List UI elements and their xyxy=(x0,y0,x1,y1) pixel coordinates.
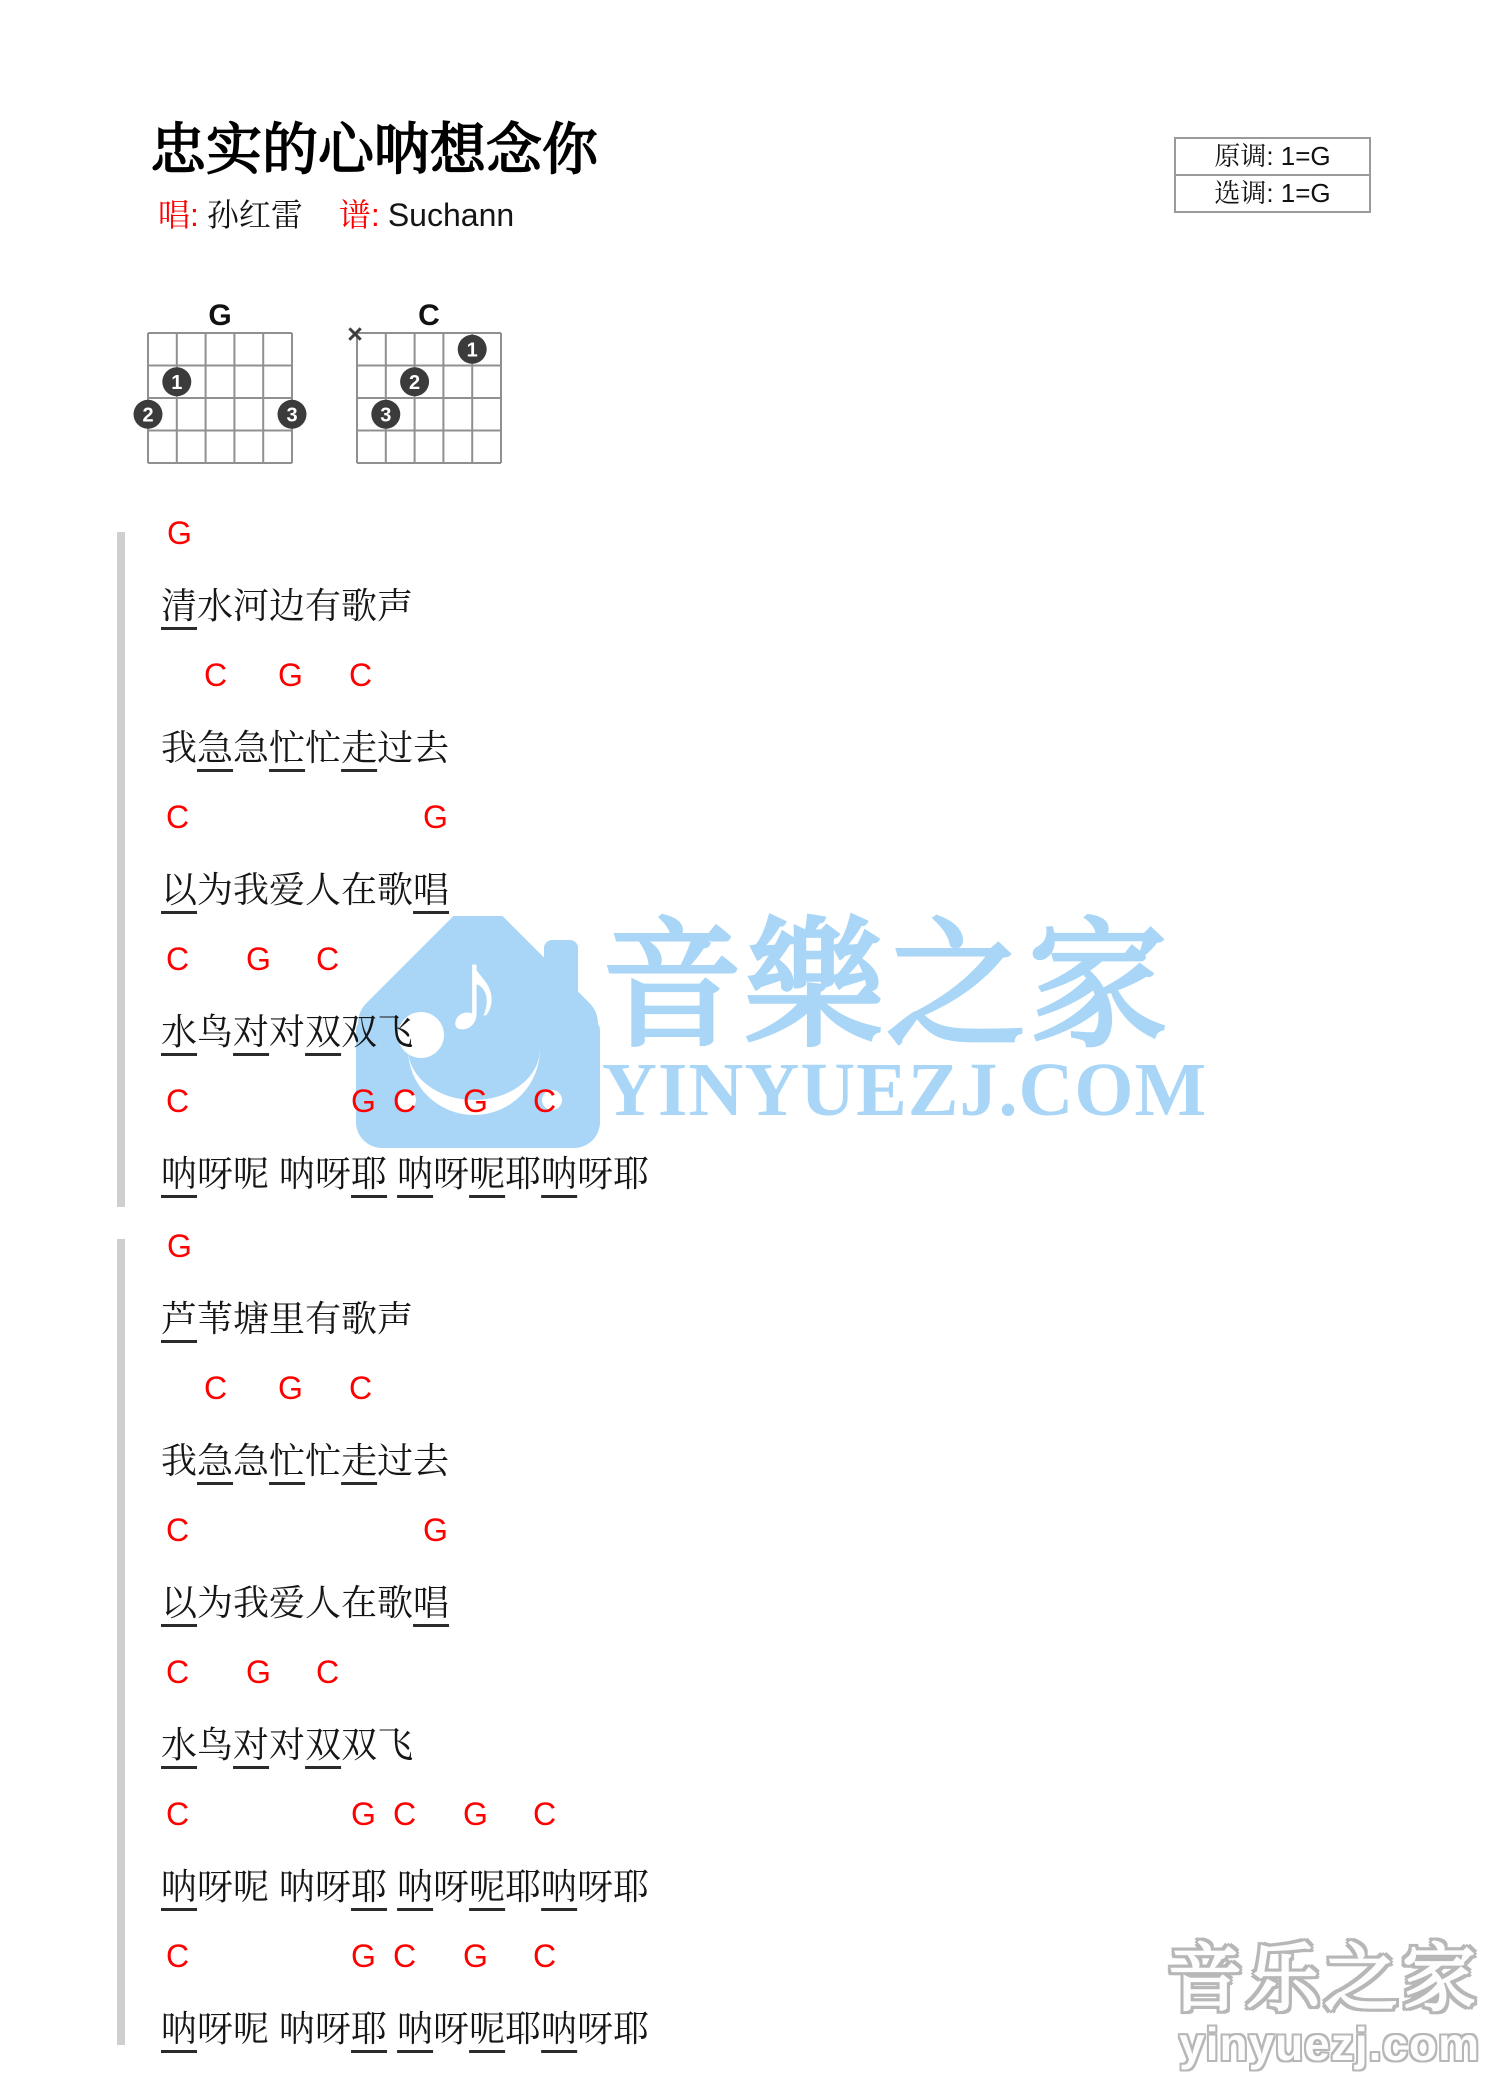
lyric-syllable-underlined: 双 xyxy=(305,1011,341,1052)
chord-line: CGCGC xyxy=(161,1790,801,1857)
lyric-syllable-underlined: 呐 xyxy=(161,1866,197,1907)
chord-line: CGC xyxy=(161,651,801,718)
verse-2: G芦苇塘里有歌声CGC我急急忙忙走过去CG以为我爱人在歌唱CGC水鸟对对双双飞C… xyxy=(161,1222,801,2074)
verse-quote-bar xyxy=(117,1239,125,2045)
lyric-syllable-underlined: 走 xyxy=(341,727,377,768)
chord-symbol: G xyxy=(463,1940,488,1972)
lyric-line: 以为我爱人在歌唱 xyxy=(161,1573,801,1649)
chord-line: G xyxy=(161,509,801,576)
lyric-text xyxy=(387,1866,397,1907)
lyric-syllable-underlined: 以 xyxy=(161,869,197,910)
finger-number: 2 xyxy=(142,404,153,426)
chord-symbol: C xyxy=(533,1940,556,1972)
lyric-text: 我 xyxy=(161,1440,197,1481)
chord-line: CGC xyxy=(161,1364,801,1431)
chord-line: CGC xyxy=(161,1648,801,1715)
lyric-text: 耶 xyxy=(505,1866,541,1907)
lyric-text: 过去 xyxy=(377,1440,449,1481)
chord-symbol: G xyxy=(351,1085,376,1117)
lyric-text: 过去 xyxy=(377,727,449,768)
lyric-text: 对 xyxy=(269,1011,305,1052)
lyric-text: 鸟 xyxy=(197,1011,233,1052)
chord-symbol: G xyxy=(167,1230,192,1262)
chord-line: CGCGC xyxy=(161,1077,801,1144)
lyric-syllable-underlined: 耶 xyxy=(351,1153,387,1194)
chord-symbol: C xyxy=(166,1798,189,1830)
lyric-syllable-underlined: 呢 xyxy=(469,1866,505,1907)
chord-line: CGC xyxy=(161,935,801,1002)
lyric-text: 双飞 xyxy=(341,1724,413,1765)
lyric-syllable-underlined: 呐 xyxy=(397,1153,433,1194)
lyric-syllable-underlined: 走 xyxy=(341,1440,377,1481)
finger-number: 2 xyxy=(409,372,420,394)
chord-diagram-C: C×123 xyxy=(347,299,501,463)
chord-symbol: C xyxy=(316,1656,339,1688)
finger-number: 3 xyxy=(380,404,391,426)
chord-symbol: C xyxy=(533,1798,556,1830)
chord-diagram-label: C xyxy=(418,299,440,332)
lyric-line: 我急急忙忙走过去 xyxy=(161,718,801,794)
lyric-text: 呀 xyxy=(433,1866,469,1907)
key-info-box: 原调: 1=G 选调: 1=G xyxy=(1174,137,1371,213)
lyric-text: 呀呢 呐呀 xyxy=(197,2008,351,2049)
lyric-text: 为我爱人在歌 xyxy=(197,1582,413,1623)
lyric-line: 呐呀呢 呐呀耶 呐呀呢耶呐呀耶 xyxy=(161,1857,801,1933)
lyric-text: 忙 xyxy=(305,1440,341,1481)
lyric-line: 我急急忙忙走过去 xyxy=(161,1431,801,1507)
chord-symbol: C xyxy=(349,1372,372,1404)
lyric-line: 清水河边有歌声 xyxy=(161,576,801,652)
lyric-line: 呐呀呢 呐呀耶 呐呀呢耶呐呀耶 xyxy=(161,1144,801,1220)
lyric-syllable-underlined: 耶 xyxy=(351,1866,387,1907)
verse-quote-bar xyxy=(117,532,125,1207)
lyric-syllable-underlined: 清 xyxy=(161,585,197,626)
lyric-syllable-underlined: 对 xyxy=(233,1011,269,1052)
lyric-text: 呀 xyxy=(433,2008,469,2049)
lyric-syllable-underlined: 对 xyxy=(233,1724,269,1765)
site-watermark-corner: 音乐之家 yinyuezj.com xyxy=(1168,1940,1480,2068)
chord-symbol: G xyxy=(463,1798,488,1830)
chord-symbol: C xyxy=(166,1085,189,1117)
lyric-text: 我 xyxy=(161,727,197,768)
finger-number: 1 xyxy=(171,372,182,394)
lyric-text: 双飞 xyxy=(341,1011,413,1052)
chord-symbol: G xyxy=(351,1798,376,1830)
original-key: 原调: 1=G xyxy=(1176,139,1369,174)
lyric-syllable-underlined: 忙 xyxy=(269,1440,305,1481)
chord-symbol: G xyxy=(246,1656,271,1688)
lyric-text: 呀耶 xyxy=(577,2008,649,2049)
lyric-syllable-underlined: 呐 xyxy=(541,2008,577,2049)
lyric-text: 呀 xyxy=(433,1153,469,1194)
verse-1: G清水河边有歌声CGC我急急忙忙走过去CG以为我爱人在歌唱CGC水鸟对对双双飞C… xyxy=(161,509,801,1219)
lyric-syllable-underlined: 呐 xyxy=(541,1866,577,1907)
lyric-text: 水河边有歌声 xyxy=(197,585,413,626)
lyric-line: 水鸟对对双双飞 xyxy=(161,1002,801,1078)
chord-symbol: C xyxy=(166,943,189,975)
guitar-chord-diagrams: G123C×123 xyxy=(0,0,560,500)
lyric-syllable-underlined: 急 xyxy=(197,727,233,768)
lyric-syllable-underlined: 唱 xyxy=(413,869,449,910)
chord-symbol: C xyxy=(204,1372,227,1404)
lyric-text: 急 xyxy=(233,1440,269,1481)
muted-string-x-icon: × xyxy=(347,319,363,349)
chord-symbol: C xyxy=(349,659,372,691)
chord-line: G xyxy=(161,1222,801,1289)
finger-number: 3 xyxy=(286,404,297,426)
lyric-syllable-underlined: 水 xyxy=(161,1724,197,1765)
lyric-syllable-underlined: 呐 xyxy=(397,1866,433,1907)
lyric-line: 呐呀呢 呐呀耶 呐呀呢耶呐呀耶 xyxy=(161,1999,801,2075)
chord-symbol: C xyxy=(393,1798,416,1830)
lyric-syllable-underlined: 耶 xyxy=(351,2008,387,2049)
lyric-line: 水鸟对对双双飞 xyxy=(161,1715,801,1791)
lyric-text: 为我爱人在歌 xyxy=(197,869,413,910)
lyric-text: 急 xyxy=(233,727,269,768)
chord-symbol: G xyxy=(423,801,448,833)
lyric-text: 苇塘里有歌声 xyxy=(197,1298,413,1339)
chord-symbol: C xyxy=(166,801,189,833)
lyric-text: 呀耶 xyxy=(577,1866,649,1907)
chord-symbol: G xyxy=(278,1372,303,1404)
lyric-syllable-underlined: 双 xyxy=(305,1724,341,1765)
chord-sheet-page: { "header": { "title": "忠实的心呐想念你", "cred… xyxy=(0,0,1500,2088)
chord-symbol: G xyxy=(167,517,192,549)
lyric-syllable-underlined: 呐 xyxy=(541,1153,577,1194)
chord-line: CG xyxy=(161,793,801,860)
chord-symbol: G xyxy=(351,1940,376,1972)
lyric-syllable-underlined: 芦 xyxy=(161,1298,197,1339)
lyric-line: 芦苇塘里有歌声 xyxy=(161,1289,801,1365)
corner-watermark-domain: yinyuezj.com xyxy=(1168,2020,1480,2068)
lyric-text: 耶 xyxy=(505,2008,541,2049)
lyric-text: 耶 xyxy=(505,1153,541,1194)
chord-symbol: C xyxy=(393,1085,416,1117)
finger-number: 1 xyxy=(467,339,478,361)
lyric-line: 以为我爱人在歌唱 xyxy=(161,860,801,936)
corner-watermark-site-name: 音乐之家 xyxy=(1168,1940,1480,2018)
chord-line: CG xyxy=(161,1506,801,1573)
lyric-syllable-underlined: 呢 xyxy=(469,2008,505,2049)
chord-symbol: C xyxy=(166,1656,189,1688)
lyric-syllable-underlined: 忙 xyxy=(269,727,305,768)
chord-symbol: C xyxy=(166,1940,189,1972)
lyric-syllable-underlined: 唱 xyxy=(413,1582,449,1623)
lyric-syllable-underlined: 呐 xyxy=(397,2008,433,2049)
lyric-syllable-underlined: 以 xyxy=(161,1582,197,1623)
chord-symbol: C xyxy=(166,1514,189,1546)
lyric-text: 呀呢 呐呀 xyxy=(197,1866,351,1907)
chord-diagram-G: G123 xyxy=(134,299,307,463)
chord-symbol: C xyxy=(533,1085,556,1117)
chord-symbol: G xyxy=(463,1085,488,1117)
chord-line: CGCGC xyxy=(161,1932,801,1999)
lyric-syllable-underlined: 呐 xyxy=(161,1153,197,1194)
lyric-text: 呀耶 xyxy=(577,1153,649,1194)
chord-symbol: C xyxy=(204,659,227,691)
lyric-syllable-underlined: 水 xyxy=(161,1011,197,1052)
lyric-syllable-underlined: 急 xyxy=(197,1440,233,1481)
lyric-text: 忙 xyxy=(305,727,341,768)
chord-diagram-label: G xyxy=(208,299,231,332)
chord-symbol: C xyxy=(393,1940,416,1972)
lyric-text: 呀呢 呐呀 xyxy=(197,1153,351,1194)
chord-symbol: G xyxy=(278,659,303,691)
lyric-text: 鸟 xyxy=(197,1724,233,1765)
lyric-syllable-underlined: 呢 xyxy=(469,1153,505,1194)
lyric-text: 对 xyxy=(269,1724,305,1765)
selected-key: 选调: 1=G xyxy=(1176,174,1369,211)
chord-symbol: G xyxy=(246,943,271,975)
chord-symbol: C xyxy=(316,943,339,975)
lyric-text xyxy=(387,2008,397,2049)
lyric-syllable-underlined: 呐 xyxy=(161,2008,197,2049)
chord-symbol: G xyxy=(423,1514,448,1546)
lyric-text xyxy=(387,1153,397,1194)
